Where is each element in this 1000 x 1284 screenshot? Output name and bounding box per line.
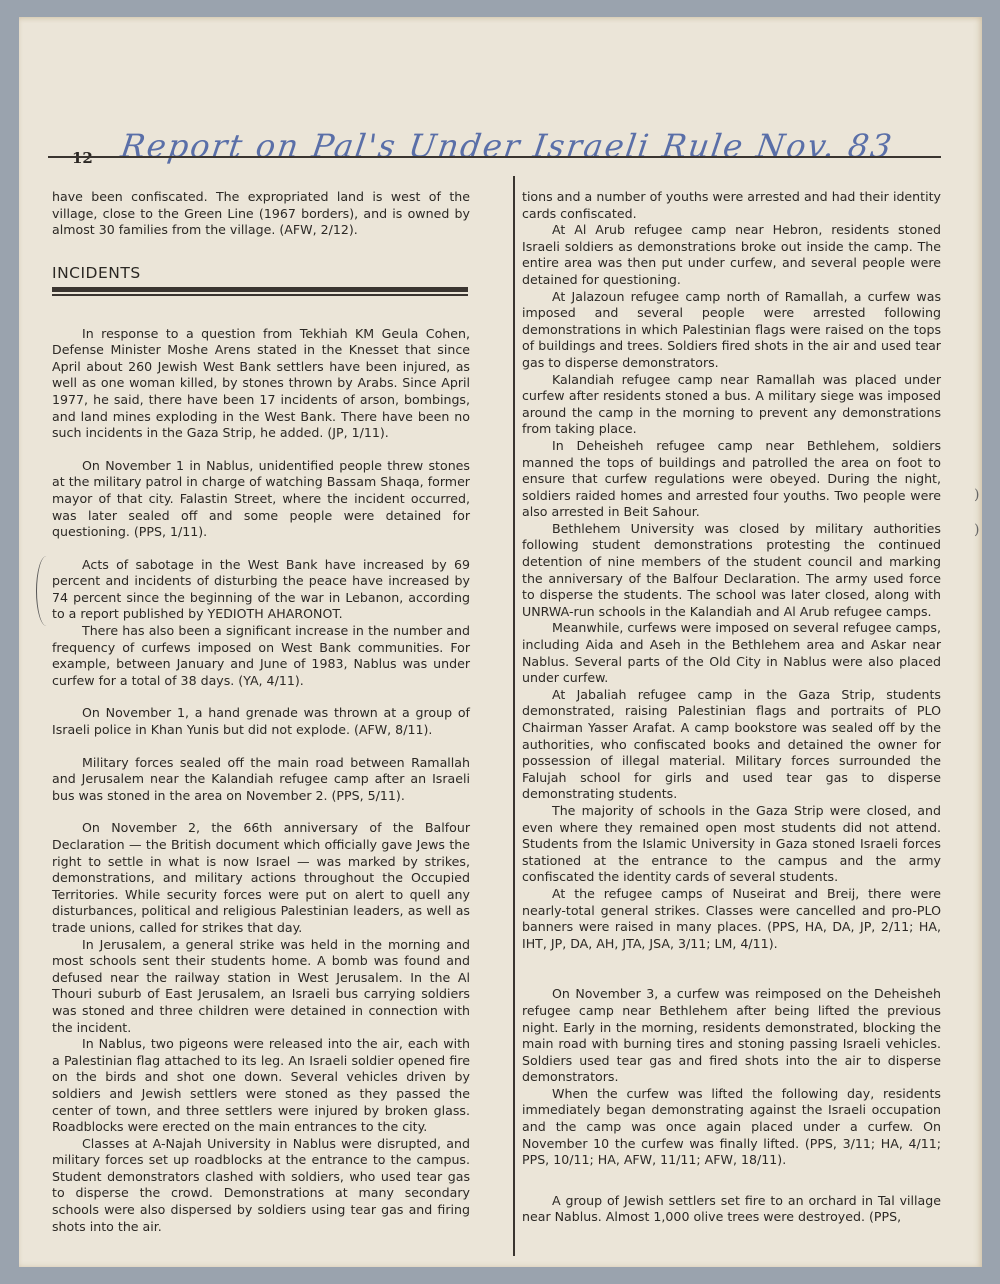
- paragraph: On November 1 in Nablus, unidentified pe…: [52, 458, 470, 541]
- paragraph: On November 2, the 66th anniversary of t…: [52, 820, 470, 936]
- page-number: 12: [72, 149, 93, 167]
- paragraph: Meanwhile, curfews were imposed on sever…: [522, 620, 941, 686]
- margin-mark: ): [974, 522, 979, 538]
- left-column: have been confiscated. The expropriated …: [52, 189, 470, 1235]
- paragraph: Military forces sealed off the main road…: [52, 755, 470, 805]
- paragraph: tions and a number of youths were arrest…: [522, 189, 941, 222]
- paragraph: When the curfew was lifted the following…: [522, 1086, 941, 1169]
- handwritten-annotation: Report on Pal's Under Israeli Rule Nov. …: [118, 127, 895, 165]
- paragraph: At Jalazoun refugee camp north of Ramall…: [522, 289, 941, 372]
- right-column: tions and a number of youths were arrest…: [522, 189, 941, 1226]
- paragraph: On November 3, a curfew was reimposed on…: [522, 986, 941, 1086]
- paragraph: At Jabaliah refugee camp in the Gaza Str…: [522, 687, 941, 803]
- paragraph: At Al Arub refugee camp near Hebron, res…: [522, 222, 941, 288]
- column-divider: [513, 176, 515, 1256]
- paragraph: In Deheisheh refugee camp near Bethlehem…: [522, 438, 941, 521]
- paragraph: In Nablus, two pigeons were released int…: [52, 1036, 470, 1136]
- document-page: 12 Report on Pal's Under Israeli Rule No…: [19, 17, 982, 1267]
- paragraph: The majority of schools in the Gaza Stri…: [522, 803, 941, 886]
- paragraph: On November 1, a hand grenade was thrown…: [52, 705, 470, 738]
- paragraph: There has also been a significant increa…: [52, 623, 470, 689]
- paragraph: At the refugee camps of Nuseirat and Bre…: [522, 886, 941, 952]
- paragraph: In Jerusalem, a general strike was held …: [52, 937, 470, 1037]
- paragraph: Kalandiah refugee camp near Ramallah was…: [522, 372, 941, 438]
- paragraph: Classes at A-Najah University in Nablus …: [52, 1136, 470, 1236]
- paragraph: Acts of sabotage in the West Bank have i…: [52, 557, 470, 623]
- section-rule: [52, 287, 468, 292]
- section-rule: [52, 294, 468, 295]
- paragraph: Bethlehem University was closed by milit…: [522, 521, 941, 621]
- header-rule: [48, 156, 941, 158]
- margin-mark: ): [974, 487, 979, 503]
- page-header: 12 Report on Pal's Under Israeli Rule No…: [69, 127, 959, 175]
- paragraph: In response to a question from Tekhiah K…: [52, 326, 470, 442]
- intro-paragraph: have been confiscated. The expropriated …: [52, 189, 470, 239]
- paragraph: A group of Jewish settlers set fire to a…: [522, 1193, 941, 1226]
- section-title: INCIDENTS: [52, 265, 470, 282]
